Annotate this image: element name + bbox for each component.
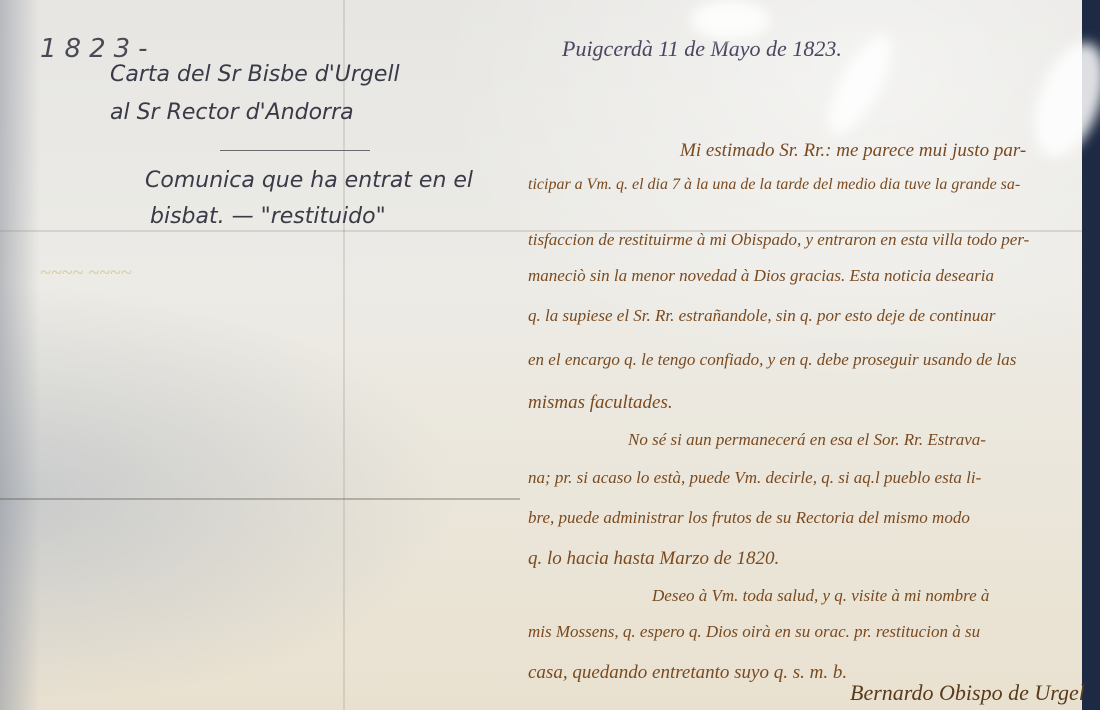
light-glare	[690, 0, 770, 40]
light-glare	[1021, 33, 1100, 166]
paper-shadow	[0, 0, 40, 710]
letter-line: mismas facultades.	[528, 392, 673, 414]
letter-line: q. la supiese el Sr. Rr. estrañandole, s…	[528, 306, 995, 326]
letter-line: tisfaccion de restituirme à mi Obispado,…	[528, 230, 1029, 250]
letter-line: Mi estimado Sr. Rr.: me parece mui justo…	[680, 140, 1026, 162]
letter-line: q. lo hacia hasta Marzo de 1820.	[528, 548, 779, 570]
letter-line: bre, puede administrar los frutos de su …	[528, 508, 970, 528]
letter-paper: 1823- Carta del Sr Bisbe d'Urgell al Sr …	[0, 0, 1082, 710]
letter-line: na; pr. si acaso lo està, puede Vm. deci…	[528, 468, 981, 488]
letter-place-date: Puigcerdà 11 de Mayo de 1823.	[562, 36, 842, 62]
archive-note-line-2: al Sr Rector d'Andorra	[110, 100, 354, 125]
archive-year: 1823-	[40, 34, 156, 64]
letter-line: ticipar a Vm. q. el dia 7 à la una de la…	[528, 176, 1020, 194]
archive-note-line-3: Comunica que ha entrat en el	[145, 168, 473, 193]
letter-line: No sé si aun permanecerá en esa el Sor. …	[628, 430, 986, 450]
letter-line: maneciò sin la menor novedad à Dios grac…	[528, 266, 994, 286]
fold-line-perforated	[0, 498, 520, 500]
archive-note-line-1: Carta del Sr Bisbe d'Urgell	[110, 62, 400, 87]
letter-line: casa, quedando entretanto suyo q. s. m. …	[528, 662, 847, 684]
archive-note-line-4: bisbat. — "restituido"	[150, 204, 386, 229]
letter-line: en el encargo q. le tengo confiado, y en…	[528, 350, 1016, 370]
letter-signature: Bernardo Obispo de Urgel	[850, 680, 1085, 706]
letter-line: mis Mossens, q. espero q. Dios oirà en s…	[528, 622, 980, 642]
archive-note-rule	[220, 150, 370, 151]
faded-inscription: ~~~~ ~~~~	[40, 262, 132, 285]
letter-line: Deseo à Vm. toda salud, y q. visite à mi…	[652, 586, 989, 606]
